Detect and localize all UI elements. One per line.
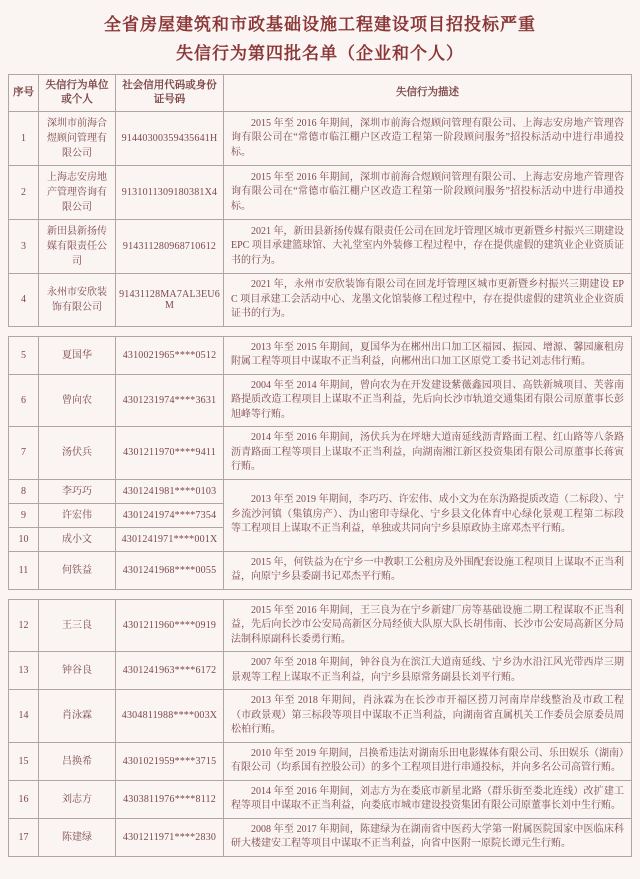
seq-cell: 13: [9, 652, 39, 690]
description-cell: 2014 年至 2016 年期间，汤伏兵为在坪塘大道南延线沥青路面工程、红山路等…: [224, 427, 632, 480]
table-row: 12 王三良 4301211960****0919 2015 年至 2016 年…: [9, 599, 632, 652]
seq-cell: 11: [9, 551, 39, 589]
person-name-cell: 何铁益: [39, 551, 116, 589]
description-cell: 2015 年，何铁益为在宁乡一中教职工公租房及外围配套设施工程项目上谋取不正当利…: [224, 551, 632, 589]
blacklist-table-block-individuals-2: 12 王三良 4301211960****0919 2015 年至 2016 年…: [8, 599, 632, 857]
table-row: 15 吕换希 4301021959****3715 2010 年至 2019 年…: [9, 742, 632, 780]
id-number-cell: 4304811988****003X: [116, 690, 224, 743]
description-cell: 2021 年，永州市安欣装饰有限公司在回龙圩管理区城市更新暨乡村振兴三期建设 E…: [224, 274, 632, 327]
table-row: 2 上海志安房地产管理咨询有限公司 9131011309180381X4 201…: [9, 166, 632, 220]
id-number-cell: 4301231974****3631: [116, 374, 224, 427]
person-name-cell: 许宏伟: [39, 503, 116, 527]
id-number-cell: 4310021965****0512: [116, 336, 224, 374]
person-name-cell: 王三良: [39, 599, 116, 652]
description-cell: 2015 年至 2016 年期间，王三良为在宁乡新建厂房等基础设施二期工程谋取不…: [224, 599, 632, 652]
header-credit-code: 社会信用代码或身份证号码: [116, 75, 224, 112]
header-seq: 序号: [9, 75, 39, 112]
seq-cell: 3: [9, 220, 39, 274]
seq-cell: 6: [9, 374, 39, 427]
document-page: 全省房屋建筑和市政基础设施工程建设项目招投标严重 失信行为第四批名单（企业和个人…: [0, 0, 640, 872]
description-cell-merged: 2013 年至 2019 年期间，李巧巧、许宏伟、成小文为在东沩路提质改造（二标…: [224, 479, 632, 551]
entity-name-cell: 永州市安欣装饰有限公司: [39, 274, 116, 327]
id-number-cell: 4303811976****8112: [116, 780, 224, 818]
table-row: 14 肖泳霖 4304811988****003X 2013 年至 2018 年…: [9, 690, 632, 743]
table-row: 8 李巧巧 4301241981****0103 2013 年至 2019 年期…: [9, 479, 632, 503]
table-row: 13 钟谷良 4301241963****6172 2007 年至 2018 年…: [9, 652, 632, 690]
person-name-cell: 吕换希: [39, 742, 116, 780]
person-name-cell: 李巧巧: [39, 479, 116, 503]
table-row: 1 深圳市前海合煜顾问管理有限公司 91440300359435641H 201…: [9, 112, 632, 166]
page-title-line1: 全省房屋建筑和市政基础设施工程建设项目招投标严重: [8, 10, 632, 39]
description-cell: 2014 年至 2016 年期间，刘志方为在娄底市新星北路（群乐街至娄北连线）改…: [224, 780, 632, 818]
table-row: 7 汤伏兵 4301211970****9411 2014 年至 2016 年期…: [9, 427, 632, 480]
seq-cell: 9: [9, 503, 39, 527]
credit-code-cell: 91431128MA7AL3EU6M: [116, 274, 224, 327]
table-row: 3 新田县新扬传媒有限责任公司 914311280968710612 2021 …: [9, 220, 632, 274]
seq-cell: 10: [9, 527, 39, 551]
description-cell: 2007 年至 2018 年期间，钟谷良为在滨江大道南延线、宁乡沩水沿江风光带西…: [224, 652, 632, 690]
credit-code-cell: 9131011309180381X4: [116, 166, 224, 220]
person-name-cell: 夏国华: [39, 336, 116, 374]
blacklist-table-block-companies: 序号 失信行为单位或个人 社会信用代码或身份证号码 失信行为描述 1 深圳市前海…: [8, 74, 632, 327]
id-number-cell: 4301021959****3715: [116, 742, 224, 780]
page-title: 全省房屋建筑和市政基础设施工程建设项目招投标严重 失信行为第四批名单（企业和个人…: [8, 10, 632, 68]
person-name-cell: 陈建绿: [39, 818, 116, 856]
seq-cell: 7: [9, 427, 39, 480]
description-cell: 2008 年至 2017 年期间，陈建绿为在湖南省中医药大学第一附属医院国家中医…: [224, 818, 632, 856]
description-cell: 2004 年至 2014 年期间，曾向农为在开发建设紫薇鑫园项目、高铁新城项目、…: [224, 374, 632, 427]
person-name-cell: 曾向农: [39, 374, 116, 427]
page-title-line2: 失信行为第四批名单（企业和个人）: [8, 39, 632, 68]
table-row: 5 夏国华 4310021965****0512 2013 年至 2015 年期…: [9, 336, 632, 374]
seq-cell: 15: [9, 742, 39, 780]
person-name-cell: 钟谷良: [39, 652, 116, 690]
seq-cell: 8: [9, 479, 39, 503]
seq-cell: 12: [9, 599, 39, 652]
seq-cell: 2: [9, 166, 39, 220]
entity-name-cell: 上海志安房地产管理咨询有限公司: [39, 166, 116, 220]
table-header-row: 序号 失信行为单位或个人 社会信用代码或身份证号码 失信行为描述: [9, 75, 632, 112]
table-row: 6 曾向农 4301231974****3631 2004 年至 2014 年期…: [9, 374, 632, 427]
seq-cell: 4: [9, 274, 39, 327]
person-name-cell: 刘志方: [39, 780, 116, 818]
description-cell: 2015 年至 2016 年期间，深圳市前海合煜顾问管理有限公司、上海志安房地产…: [224, 112, 632, 166]
person-name-cell: 汤伏兵: [39, 427, 116, 480]
id-number-cell: 4301241963****6172: [116, 652, 224, 690]
id-number-cell: 4301241971****001X: [116, 527, 224, 551]
seq-cell: 16: [9, 780, 39, 818]
description-cell: 2013 年至 2018 年期间，肖泳霖为在长沙市开福区捞刀河南岸岸线整治及市政…: [224, 690, 632, 743]
table-row: 4 永州市安欣装饰有限公司 91431128MA7AL3EU6M 2021 年，…: [9, 274, 632, 327]
id-number-cell: 4301211970****9411: [116, 427, 224, 480]
id-number-cell: 4301211960****0919: [116, 599, 224, 652]
person-name-cell: 肖泳霖: [39, 690, 116, 743]
table-row: 17 陈建绿 4301211971****2830 2008 年至 2017 年…: [9, 818, 632, 856]
entity-name-cell: 深圳市前海合煜顾问管理有限公司: [39, 112, 116, 166]
credit-code-cell: 914311280968710612: [116, 220, 224, 274]
seq-cell: 17: [9, 818, 39, 856]
id-number-cell: 4301211971****2830: [116, 818, 224, 856]
description-cell: 2010 年至 2019 年期间，吕换希违法对湖南乐田电影媒体有限公司、乐田娱乐…: [224, 742, 632, 780]
description-cell: 2013 年至 2015 年期间，夏国华为在郴州出口加工区福园、振园、增源、馨园…: [224, 336, 632, 374]
seq-cell: 5: [9, 336, 39, 374]
description-cell: 2021 年，新田县新扬传媒有限责任公司在回龙圩管理区城市更新暨乡村振兴三期建设…: [224, 220, 632, 274]
credit-code-cell: 91440300359435641H: [116, 112, 224, 166]
id-number-cell: 4301241974****7354: [116, 503, 224, 527]
id-number-cell: 4301241968****0055: [116, 551, 224, 589]
table-row: 11 何铁益 4301241968****0055 2015 年，何铁益为在宁乡…: [9, 551, 632, 589]
header-description: 失信行为描述: [224, 75, 632, 112]
id-number-cell: 4301241981****0103: [116, 479, 224, 503]
person-name-cell: 成小文: [39, 527, 116, 551]
seq-cell: 14: [9, 690, 39, 743]
header-entity: 失信行为单位或个人: [39, 75, 116, 112]
description-cell: 2015 年至 2016 年期间，深圳市前海合煜顾问管理有限公司、上海志安房地产…: [224, 166, 632, 220]
entity-name-cell: 新田县新扬传媒有限责任公司: [39, 220, 116, 274]
table-row: 16 刘志方 4303811976****8112 2014 年至 2016 年…: [9, 780, 632, 818]
blacklist-table-block-individuals-1: 5 夏国华 4310021965****0512 2013 年至 2015 年期…: [8, 336, 632, 590]
seq-cell: 1: [9, 112, 39, 166]
